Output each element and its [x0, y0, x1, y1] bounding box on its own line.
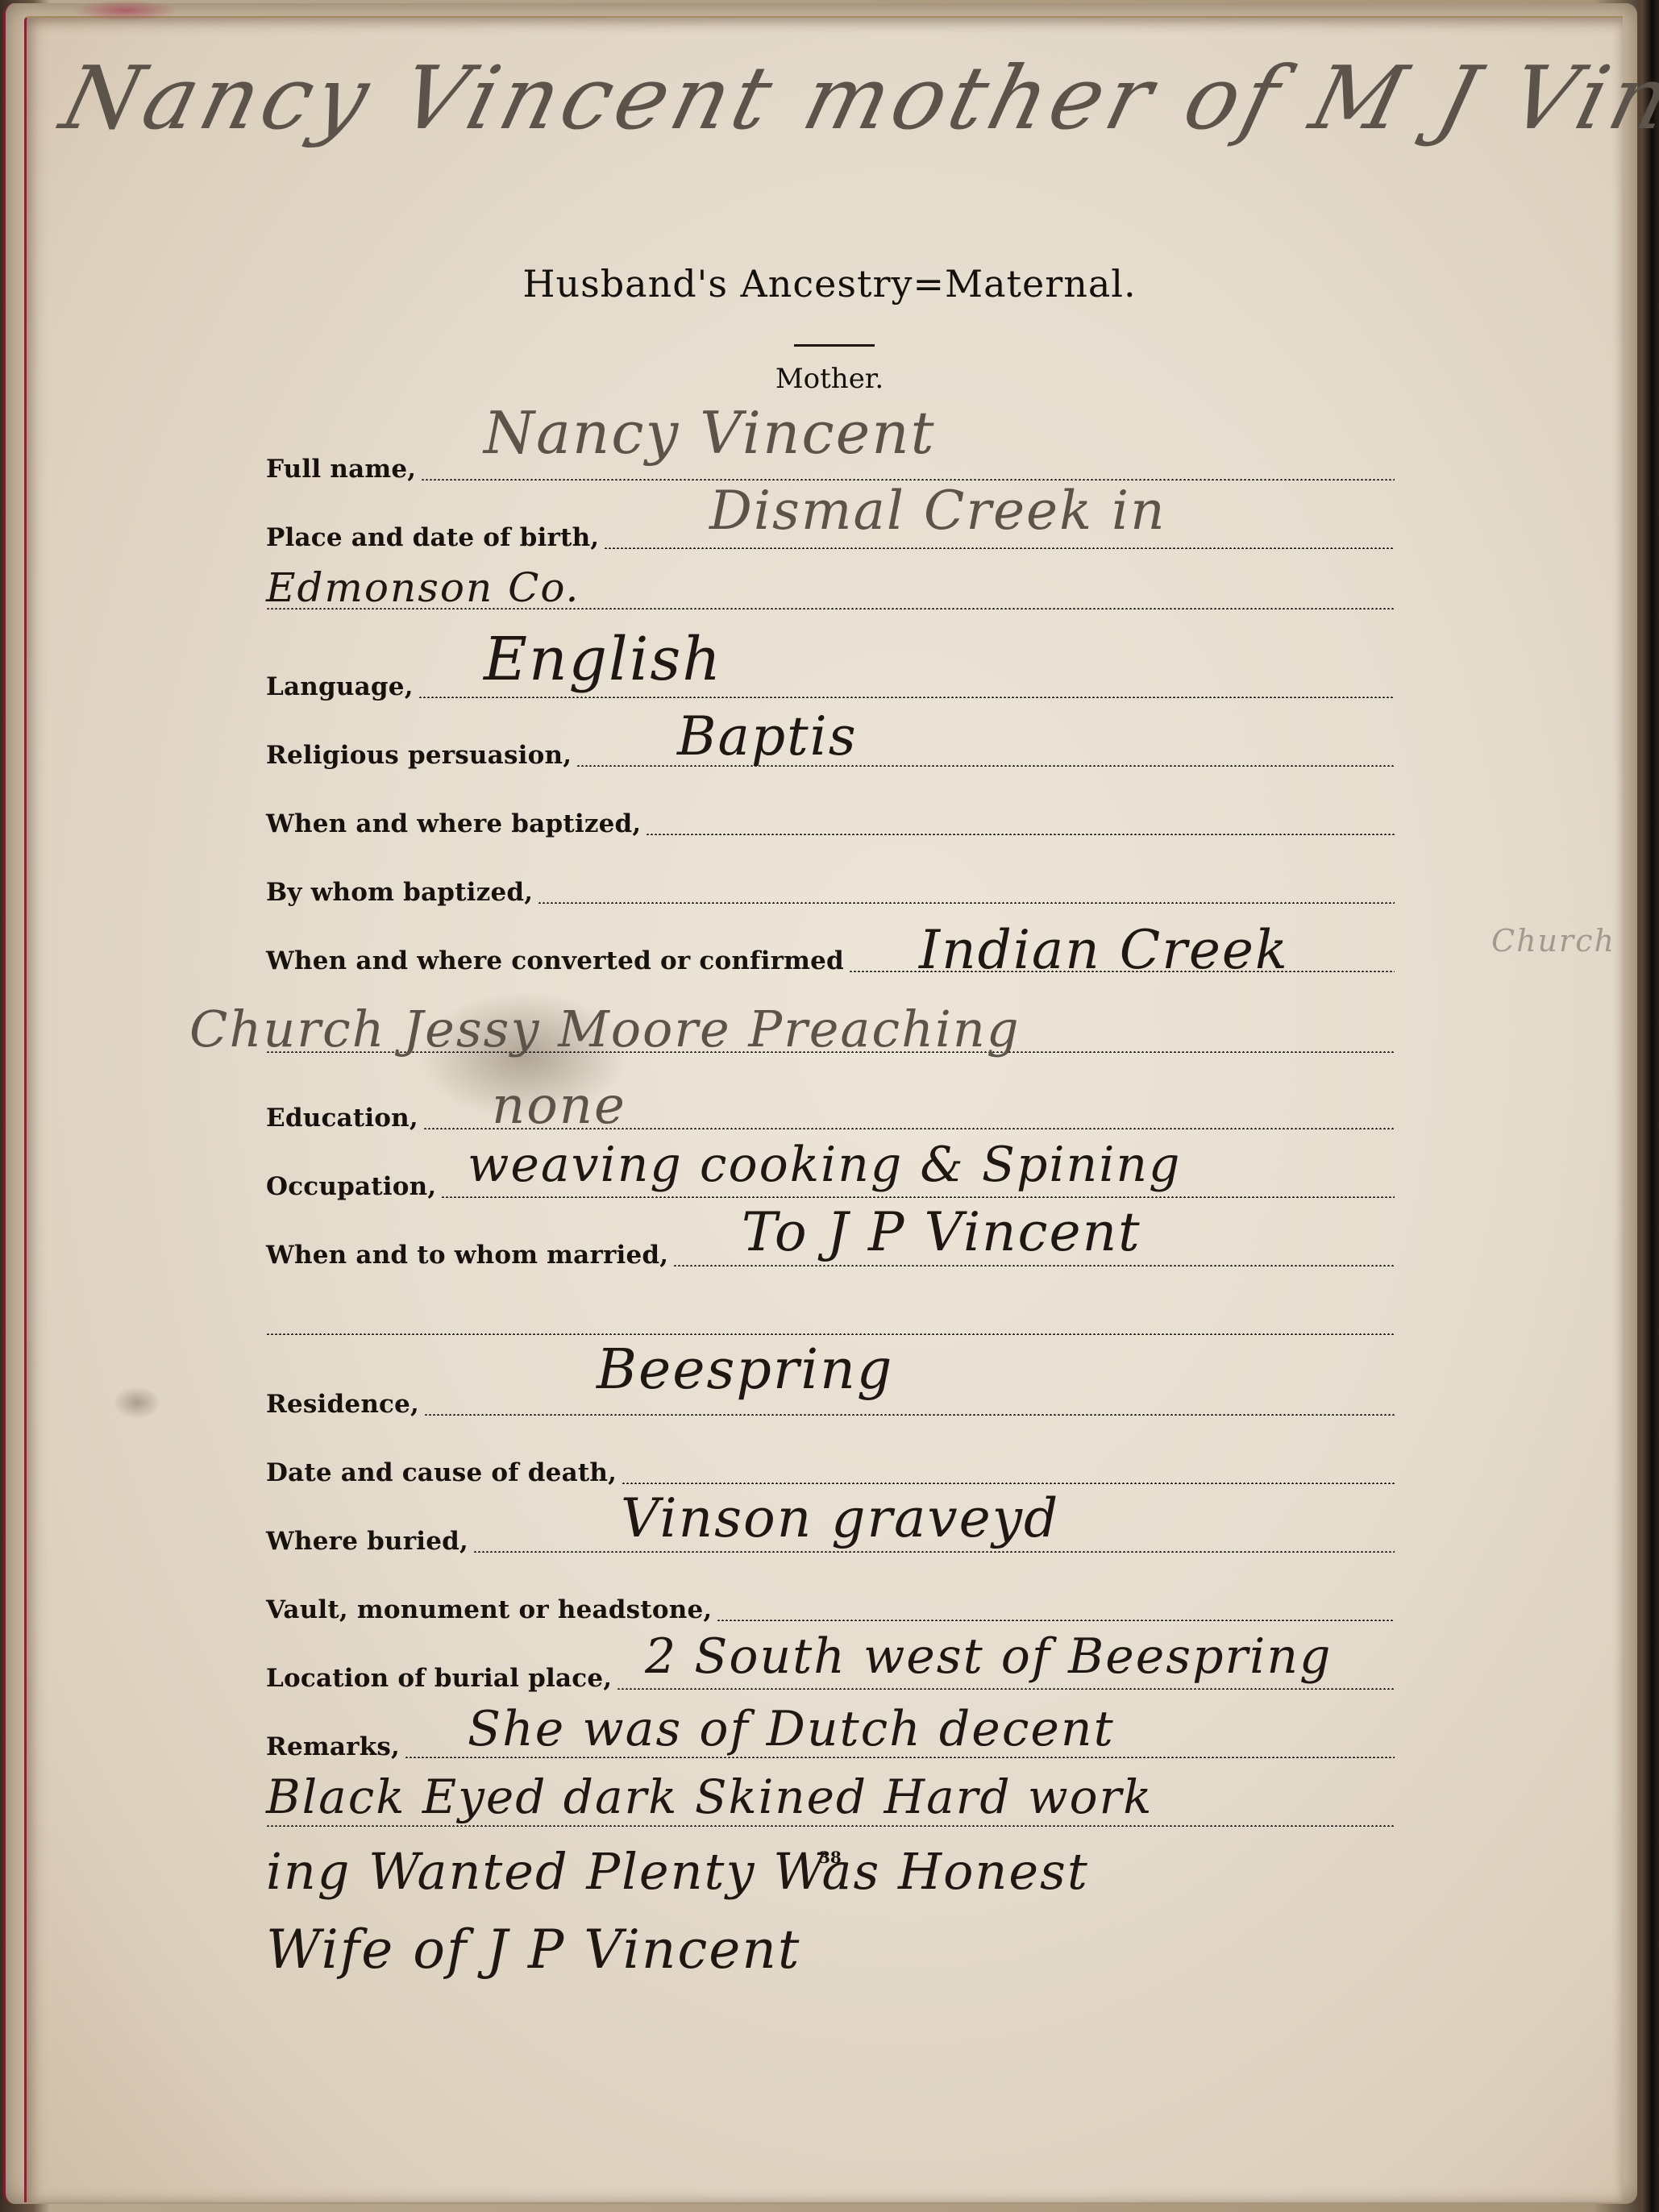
- dotted-line: [266, 1825, 1395, 1827]
- field-value-married: To J P Vincent: [742, 1201, 1141, 1263]
- field-label: Residence,: [266, 1392, 419, 1419]
- field-label: Where buried,: [266, 1529, 468, 1556]
- field-value-converted: Indian Creek: [919, 919, 1289, 981]
- book-spine: [1641, 0, 1659, 2212]
- margin-note: Church: [1491, 923, 1615, 958]
- dotted-line: [673, 1265, 1395, 1266]
- field-value-full-name: Nancy Vincent: [484, 399, 936, 467]
- field-label: Remarks,: [266, 1735, 400, 1761]
- title-divider: [794, 344, 875, 347]
- dotted-line: [646, 834, 1395, 835]
- field-label: Place and date of birth,: [266, 526, 599, 552]
- field-label: Education,: [266, 1106, 418, 1133]
- field-value-residence: Beespring: [597, 1338, 893, 1402]
- dotted-line: [604, 547, 1395, 549]
- field-label: Date and cause of death,: [266, 1461, 617, 1487]
- field-language: Language,: [266, 653, 1395, 701]
- field-baptized-when-where: When and where baptized,: [266, 790, 1395, 838]
- field-value-occupation: weaving cooking & Spining: [468, 1137, 1181, 1193]
- field-label: Language,: [266, 675, 414, 701]
- dotted-line: [617, 1688, 1395, 1690]
- field-value-place-of-birth-continued: Edmonson Co.: [266, 564, 580, 611]
- field-headstone: Vault, monument or headstone,: [266, 1576, 1395, 1624]
- field-label: Religious persuasion,: [266, 743, 572, 770]
- dotted-line: [418, 696, 1395, 698]
- field-label: Full name,: [266, 457, 416, 484]
- remarks-line-3: Wife of J P Vincent: [266, 1919, 800, 1981]
- dotted-line: [538, 902, 1395, 904]
- field-value-burial-location: 2 South west of Beespring: [645, 1628, 1332, 1685]
- field-value-education: none: [492, 1076, 626, 1136]
- dotted-line: [266, 1333, 1395, 1335]
- field-label: When and where baptized,: [266, 812, 641, 838]
- page-subtitle: Mother.: [0, 363, 1659, 395]
- field-education: Education,: [266, 1084, 1395, 1133]
- field-label: Occupation,: [266, 1175, 436, 1201]
- dotted-line: [441, 1196, 1395, 1198]
- dotted-line: [424, 1414, 1395, 1416]
- remarks-line-2: ing Wanted Plenty Was Honest: [266, 1842, 1089, 1901]
- field-label: By whom baptized,: [266, 880, 533, 907]
- field-label: Vault, monument or headstone,: [266, 1598, 712, 1624]
- dotted-line: [622, 1482, 1395, 1484]
- field-married-continued: [266, 1290, 1395, 1338]
- dotted-line: [473, 1551, 1395, 1553]
- remarks-line-1: Black Eyed dark Skined Hard work: [266, 1769, 1153, 1824]
- field-value-place-of-birth: Dismal Creek in: [709, 480, 1166, 542]
- dotted-line: [717, 1619, 1395, 1621]
- field-label: Location of burial place,: [266, 1666, 612, 1693]
- field-value-religious-persuasion: Baptis: [677, 705, 858, 767]
- red-stain: [73, 0, 177, 21]
- field-baptized-by: By whom baptized,: [266, 859, 1395, 907]
- page-title: Husband's Ancestry=Maternal.: [0, 262, 1659, 306]
- field-death: Date and cause of death,: [266, 1439, 1395, 1487]
- field-value-where-buried: Vinson graveyd: [621, 1487, 1059, 1549]
- field-label: When and where converted or confirmed: [266, 949, 844, 975]
- field-value-converted-continued: Church Jessy Moore Preaching: [189, 1000, 1021, 1058]
- field-value-remarks: She was of Dutch decent: [468, 1701, 1115, 1757]
- field-value-language: English: [484, 625, 722, 694]
- page-number: 38: [819, 1848, 842, 1867]
- field-label: When and to whom married,: [266, 1243, 668, 1270]
- header-annotation: Nancy Vincent mother of M J Vincent: [52, 48, 1659, 149]
